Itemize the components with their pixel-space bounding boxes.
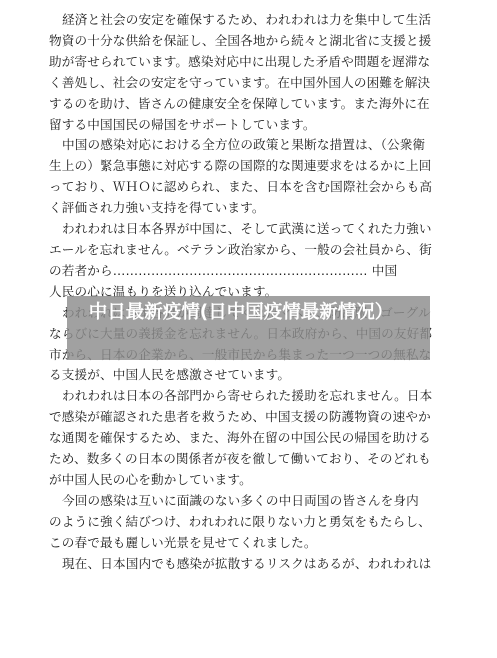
text-line: っており、ＷＨＯに認められ、また、日本を含む国際社会からも高 [49, 177, 431, 198]
text-line: のように強く結びつけ、われわれに限りない力と勇気をもたらし、 [49, 512, 431, 533]
paragraph-3: われわれは日本各界が中国に、そして武漢に送ってくれた力強い エールを忘れません。… [49, 219, 431, 303]
text-line: 留する中国国民の帰国をサポートしています。 [49, 115, 431, 136]
text-line: ため、数多くの日本の関係者が夜を徹して働いており、そのどれも [49, 449, 431, 470]
text-line: 物資の十分な供給を保証し、全国各地から続々と湖北省に支援と援 [49, 31, 431, 52]
text-line: 助が寄せられています。感染対応中に出現した矛盾や問題を遅滞な [49, 52, 431, 73]
text-line: われわれは日本各界が中国に、そして武漢に送ってくれた力強い [49, 219, 431, 240]
text-line: エールを忘れません。ベテラン政治家から、一般の会社員から、街 [49, 240, 431, 261]
document-page: 経済と社会の安定を確保するため、われわれは力を集中して生活 物資の十分な供給を保… [49, 10, 431, 574]
overlay-title: 中日最新疫情(日中国疫情最新情况） [76, 301, 406, 325]
text-line: 中国の感染対応における全方位の政策と果断な措置は、（公衆衛 [49, 135, 431, 156]
text-line: の若者から…………………………………………………… 中国 [49, 261, 431, 282]
paragraph-2: 中国の感染対応における全方位の政策と果断な措置は、（公衆衛 生上の）緊急事態に対… [49, 135, 431, 219]
text-line: 経済と社会の安定を確保するため、われわれは力を集中して生活 [49, 10, 431, 31]
paragraph-1: 経済と社会の安定を確保するため、われわれは力を集中して生活 物資の十分な供給を保… [49, 10, 431, 135]
text-line: 生上の）緊急事態に対応する際の国際的な関連要求をはるかに上回 [49, 156, 431, 177]
text-line: く善処し、社会の安定を守っています。在中国外国人の困難を解決 [49, 73, 431, 94]
text-line: われわれは日本の各部門から寄せられた援助を忘れません。日本 [49, 386, 431, 407]
text-line: 現在、日本国内でも感染が拡散するリスクはあるが、われわれは [49, 554, 431, 575]
text-line: な通関を確保するため、また、海外在留の中国公民の帰国を助ける [49, 428, 431, 449]
text-line: る支援が、中国人民を感激させています。 [49, 365, 431, 386]
text-line: この春で最も麗しい光景を見せてくれました。 [49, 533, 431, 554]
paragraph-5: われわれは日本の各部門から寄せられた援助を忘れません。日本 で感染が確認された患… [49, 386, 431, 491]
paragraph-7: 現在、日本国内でも感染が拡散するリスクはあるが、われわれは [49, 554, 431, 575]
text-line: で感染が確認された患者を救うため、中国支援の防護物資の速やか [49, 407, 431, 428]
text-line: が中国人民の心を動かしています。 [49, 470, 431, 491]
text-line: く評価され力強い支持を得ています。 [49, 198, 431, 219]
paragraph-6: 今回の感染は互いに面識のない多くの中日両国の皆さんを身内 のように強く結びつけ、… [49, 491, 431, 554]
text-line: 今回の感染は互いに面識のない多くの中日両国の皆さんを身内 [49, 491, 431, 512]
text-line: するのを助け、皆さんの健康安全を保障しています。また海外に在 [49, 94, 431, 115]
